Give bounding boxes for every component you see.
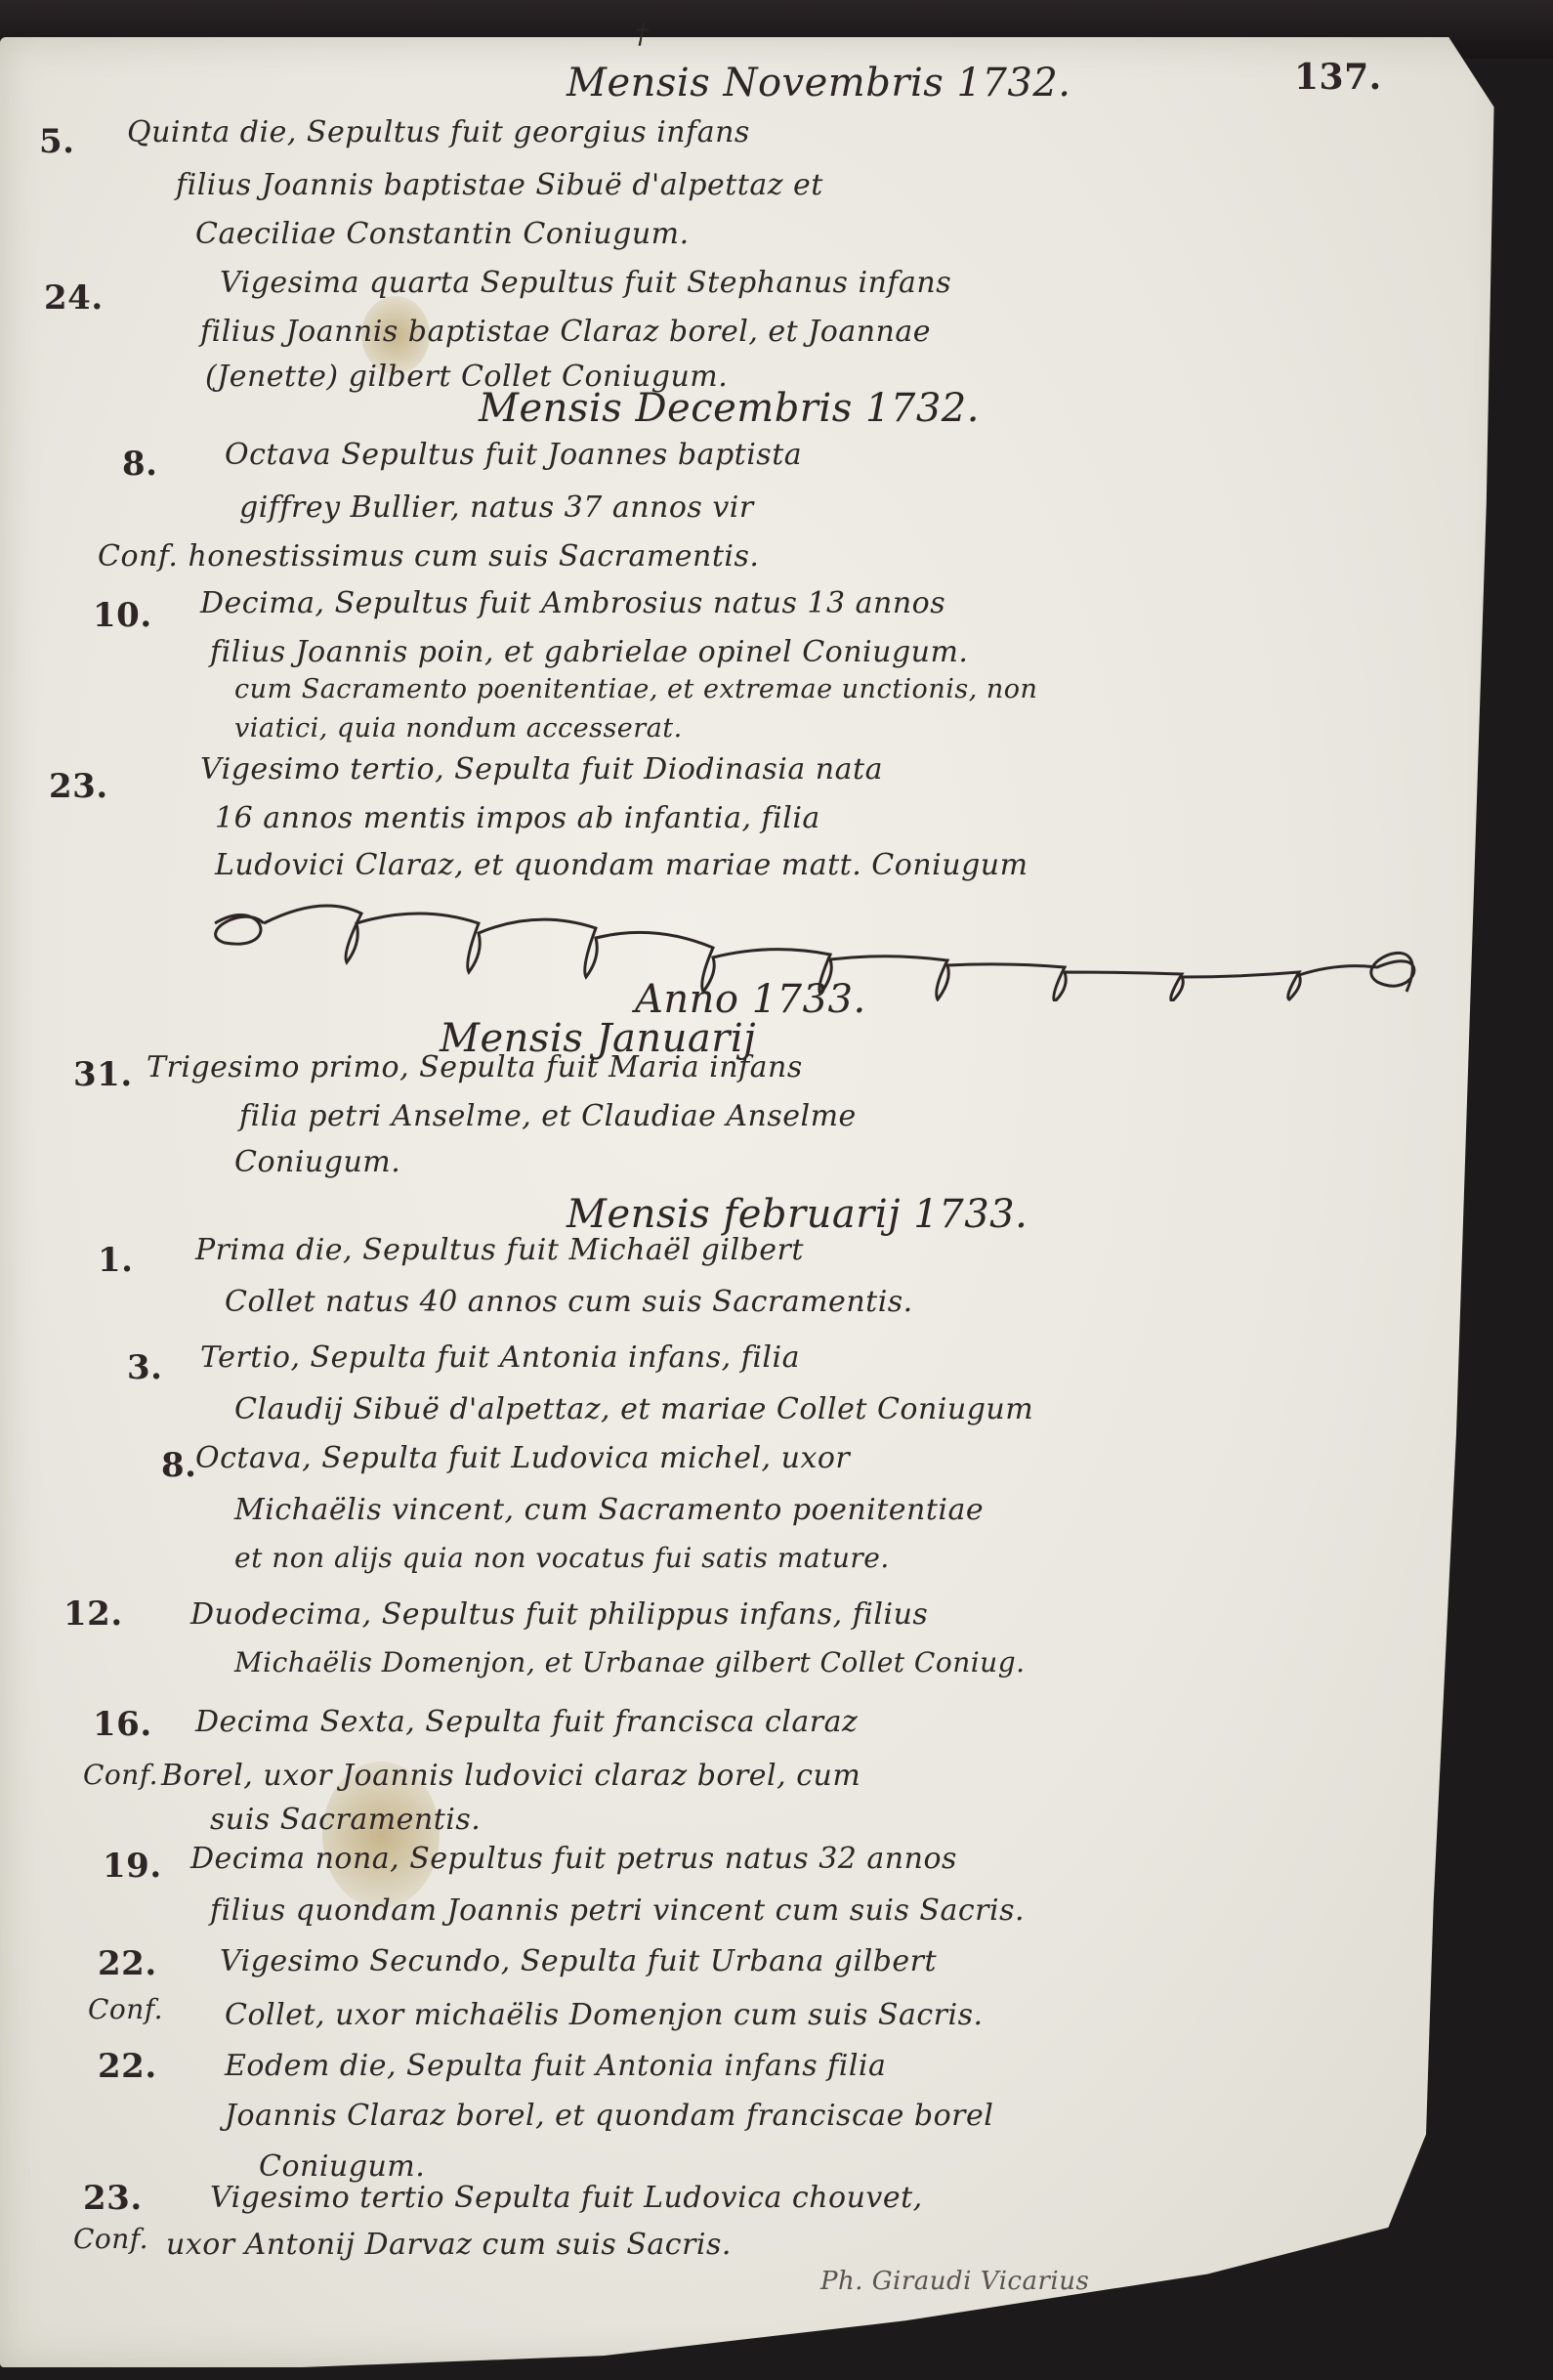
- entry-day: 8.: [122, 445, 158, 484]
- entry-line: Coniugum.: [234, 1145, 400, 1179]
- entry-line: Quinta die, Sepultus fuit georgius infan…: [127, 115, 750, 149]
- entry-line: Vigesimo tertio Sepulta fuit Ludovica ch…: [210, 2181, 923, 2215]
- entry-line: Ludovici Claraz, et quondam mariae matt.…: [215, 848, 1028, 882]
- header-cross: †: [635, 18, 650, 50]
- entry-line: viatici, quia nondum accesserat.: [234, 713, 683, 744]
- entry-line: Decima Sexta, Sepulta fuit francisca cla…: [195, 1705, 858, 1739]
- entry-day: 16.: [93, 1705, 152, 1744]
- margin-note-conf: Conf.: [88, 1993, 163, 2025]
- entry-line: Decima, Sepultus fuit Ambrosius natus 13…: [200, 586, 945, 620]
- entry-line: Decima nona, Sepultus fuit petrus natus …: [190, 1842, 957, 1876]
- entry-line: giffrey Bullier, natus 37 annos vir: [239, 490, 754, 525]
- entry-line: Duodecima, Sepultus fuit philippus infan…: [190, 1597, 928, 1632]
- entry-line: Vigesimo tertio, Sepulta fuit Diodinasia…: [200, 752, 883, 786]
- entry-line: Collet natus 40 annos cum suis Sacrament…: [225, 1285, 913, 1319]
- entry-line: cum Sacramento poenitentiae, et extremae…: [234, 674, 1037, 704]
- entry-day: 1.: [98, 1241, 134, 1280]
- entry-day: 23.: [83, 2179, 143, 2218]
- section-heading-february: Mensis februarij 1733.: [567, 1192, 1028, 1237]
- entry-line: Collet, uxor michaëlis Domenjon cum suis…: [225, 1998, 984, 2032]
- entry-day: 10.: [93, 596, 152, 635]
- entry-line: filius Joannis poin, et gabrielae opinel…: [210, 635, 968, 669]
- section-heading-december: Mensis Decembris 1732.: [479, 386, 980, 431]
- entry-day: 22.: [98, 1944, 157, 1983]
- entry-day: 31.: [73, 1055, 133, 1094]
- entry-day: 24.: [44, 278, 104, 318]
- entry-line: Claudij Sibuë d'alpettaz, et mariae Coll…: [234, 1392, 1033, 1426]
- entry-line: Trigesimo primo, Sepulta fuit Maria infa…: [147, 1050, 803, 1084]
- entry-day: 19.: [103, 1847, 162, 1886]
- entry-line: 16 annos mentis impos ab infantia, filia: [215, 801, 820, 835]
- entry-day: 3.: [127, 1348, 163, 1387]
- entry-line: Michaëlis vincent, cum Sacramento poenit…: [234, 1493, 984, 1527]
- entry-line: uxor Antonij Darvaz cum suis Sacris.: [166, 2228, 732, 2262]
- entry-line: filius quondam Joannis petri vincent cum…: [210, 1893, 1025, 1928]
- entry-day: 12.: [63, 1594, 123, 1634]
- margin-note-conf: Conf.: [73, 2223, 148, 2255]
- entry-line: Octava Sepultus fuit Joannes baptista: [225, 438, 802, 472]
- entry-line: Joannis Claraz borel, et quondam francis…: [225, 2099, 993, 2133]
- folio-number: 137.: [1294, 57, 1382, 98]
- entry-line: filius Joannis baptistae Sibuë d'alpetta…: [176, 168, 823, 202]
- entry-line: Vigesima quarta Sepultus fuit Stephanus …: [220, 266, 951, 300]
- entry-day: 8.: [161, 1446, 197, 1485]
- entry-day: 23.: [49, 767, 108, 806]
- entry-line: Conf. honestissimus cum suis Sacramentis…: [98, 539, 759, 574]
- margin-note-conf: Conf.: [83, 1759, 158, 1791]
- entry-line: Vigesimo Secundo, Sepulta fuit Urbana gi…: [220, 1944, 937, 1978]
- entry-line: filia petri Anselme, et Claudiae Anselme: [239, 1099, 857, 1133]
- entry-line: Coniugum.: [259, 2149, 425, 2184]
- entry-line: Prima die, Sepultus fuit Michaël gilbert: [195, 1233, 804, 1267]
- entry-line: et non alijs quia non vocatus fui satis …: [234, 1542, 890, 1574]
- entry-line: Michaëlis Domenjon, et Urbanae gilbert C…: [234, 1646, 1026, 1679]
- entry-line: Caeciliae Constantin Coniugum.: [195, 217, 690, 251]
- priest-signature: Ph. Giraudi Vicarius: [820, 2267, 1089, 2296]
- entry-day: 5.: [39, 122, 75, 161]
- section-heading-november: Mensis Novembris 1732.: [567, 61, 1071, 106]
- entry-line: filius Joannis baptistae Claraz borel, e…: [200, 315, 931, 349]
- entry-line: Tertio, Sepulta fuit Antonia infans, fil…: [200, 1340, 800, 1375]
- entry-day: 22.: [98, 2047, 157, 2086]
- entry-line: Borel, uxor Joannis ludovici claraz bore…: [161, 1759, 860, 1793]
- entry-line: Eodem die, Sepulta fuit Antonia infans f…: [225, 2049, 886, 2083]
- entry-line: Octava, Sepulta fuit Ludovica michel, ux…: [195, 1441, 850, 1475]
- entry-line: suis Sacramentis.: [210, 1803, 481, 1837]
